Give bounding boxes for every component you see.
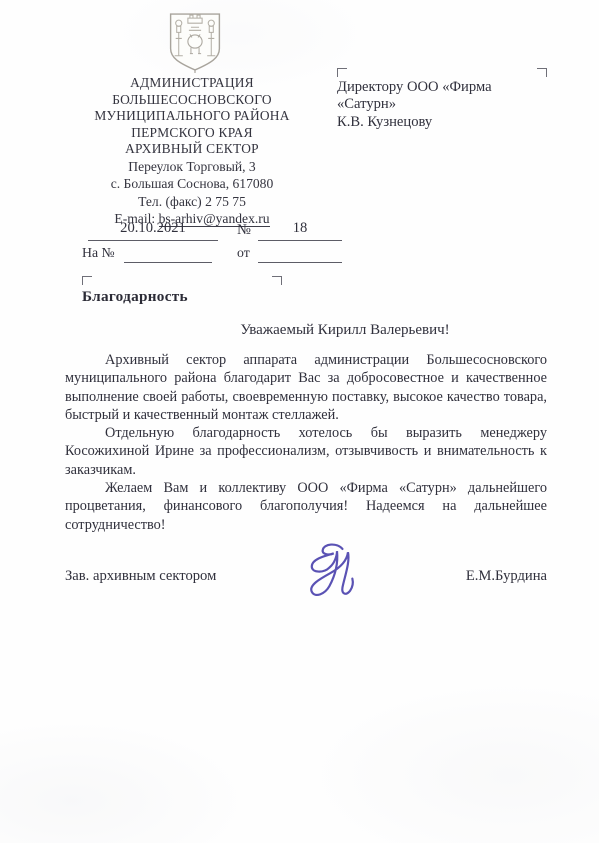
signer-position: Зав. архивным сектором (65, 568, 216, 585)
from-date-blank-line (258, 244, 342, 263)
letter-number: 18 (258, 220, 342, 241)
addressee-block: Директору ООО «Фирма «Сатурн» К.В. Кузне… (337, 68, 547, 131)
reply-number-blank-line (124, 244, 212, 263)
signoff-block: Зав. архивным сектором Е.М.Бурдина (0, 560, 599, 630)
coat-of-arms-icon (166, 11, 224, 74)
number-sign: № (237, 222, 251, 239)
letter-date: 20.10.2021 (88, 220, 218, 241)
salutation: Уважаемый Кирилл Валерьевич! (95, 322, 595, 339)
corner-mark-top-left-icon (82, 276, 92, 285)
org-name-line: АДМИНИСТРАЦИЯ (58, 75, 326, 92)
addressee-line1: Директору ООО «Фирма «Сатурн» (337, 79, 547, 114)
org-name-line: МУНИЦИПАЛЬНОГО РАЙОНА (58, 108, 326, 125)
reply-to-label: На № (82, 245, 115, 261)
letter-body: Архивный сектор аппарата администрации Б… (65, 351, 547, 534)
corner-mark-top-right-icon (537, 68, 547, 77)
city-postal: с. Большая Соснова, 617080 (58, 175, 326, 192)
signer-name: Е.М.Бурдина (466, 568, 547, 585)
paragraph: Отдельную благодарность хотелось бы выра… (65, 424, 547, 479)
org-unit-line: АРХИВНЫЙ СЕКТОР (58, 141, 326, 158)
scanned-letter-page: АДМИНИСТРАЦИЯ БОЛЬШЕСОСНОВСКОГО МУНИЦИПА… (0, 0, 599, 843)
letterhead: АДМИНИСТРАЦИЯ БОЛЬШЕСОСНОВСКОГО МУНИЦИПА… (58, 75, 326, 228)
addressee-field-corners (337, 68, 547, 77)
document-title: Благодарность (82, 288, 282, 306)
org-name-line: ПЕРМСКОГО КРАЯ (58, 125, 326, 142)
corner-mark-top-right-icon (272, 276, 282, 285)
from-date-label: от (237, 245, 250, 261)
title-field-corners (82, 276, 282, 285)
phone-fax: Тел. (факс) 2 75 75 (58, 193, 326, 210)
org-name-line: БОЛЬШЕСОСНОВСКОГО (58, 92, 326, 109)
title-block: Благодарность (82, 276, 282, 306)
handwritten-signature (298, 538, 376, 606)
corner-mark-top-left-icon (337, 68, 347, 77)
street-address: Переулок Торговый, 3 (58, 158, 326, 175)
addressee-line2: К.В. Кузнецову (337, 114, 547, 131)
paragraph: Желаем Вам и коллективу ООО «Фирма «Сату… (65, 479, 547, 534)
paragraph: Архивный сектор аппарата администрации Б… (65, 351, 547, 424)
